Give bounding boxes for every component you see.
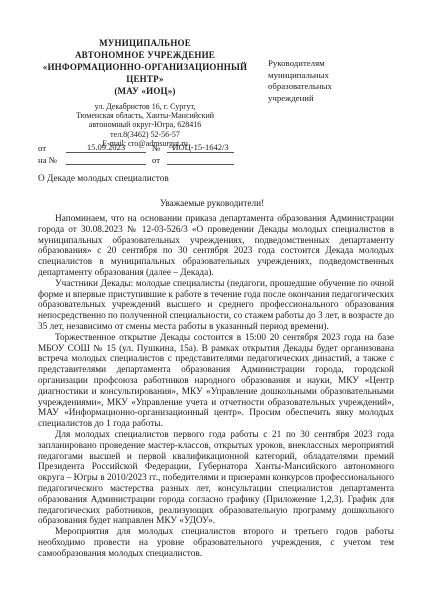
body-paragraph: Мероприятия для молодых специалистов вто… — [38, 527, 394, 559]
ref-on-number-value — [66, 154, 146, 165]
addressee-line: муниципальных — [268, 70, 398, 82]
org-phone-line: тел.8(3462) 52-56-57 — [28, 130, 262, 139]
org-address-line: ул. Декабристов 16, г. Сургут, — [28, 102, 262, 111]
org-address-line: Тюменская область, Ханты-Мансийский — [28, 111, 262, 120]
addressee-line: учреждений — [268, 93, 398, 105]
body-paragraph: Для молодых специалистов первого года ра… — [38, 430, 394, 527]
subject-line: О Декаде молодых специалистов — [38, 174, 169, 184]
addressee-line: Руководителям — [268, 58, 398, 70]
body-paragraph: Напоминаем, что на основании приказа деп… — [38, 214, 394, 279]
org-name-line: ЦЕНТР» — [28, 73, 262, 85]
addressee-line: образовательных — [268, 81, 398, 93]
letter-body: Напоминаем, что на основании приказа деп… — [38, 214, 394, 560]
salutation: Уважаемые руководители! — [0, 199, 424, 209]
org-name-line: «ИНФОРМАЦИОННО-ОРГАНИЗАЦИОННЫЙ — [28, 61, 262, 73]
ref-date-value: 15.09.2023 — [66, 142, 146, 153]
org-name: МУНИЦИПАЛЬНОЕ АВТОНОМНОЕ УЧРЕЖДЕНИЕ «ИНФ… — [28, 37, 262, 97]
ref-on-from-label: от — [152, 155, 167, 165]
ref-number-value: ИОЦ-15-1642/3 — [167, 142, 234, 153]
org-name-line: МУНИЦИПАЛЬНОЕ — [28, 37, 262, 49]
reference-row-reply: на № от — [38, 154, 234, 165]
addressee-block: Руководителям муниципальных образователь… — [268, 58, 398, 104]
ref-on-number-label: на № — [38, 155, 66, 165]
reference-row-date: от 15.09.2023 № ИОЦ-15-1642/3 — [38, 142, 234, 153]
body-paragraph: Торжественное открытие Декады состоится … — [38, 333, 394, 430]
document-page: МУНИЦИПАЛЬНОЕ АВТОНОМНОЕ УЧРЕЖДЕНИЕ «ИНФ… — [0, 0, 424, 600]
reference-block: от 15.09.2023 № ИОЦ-15-1642/3 на № от — [38, 142, 234, 166]
body-paragraph: Участники Декады: молодые специалисты (п… — [38, 279, 394, 333]
ref-number-label: № — [152, 143, 167, 153]
org-address-line: автономный округ-Югра, 628416 — [28, 120, 262, 129]
letterhead: МУНИЦИПАЛЬНОЕ АВТОНОМНОЕ УЧРЕЖДЕНИЕ «ИНФ… — [28, 37, 262, 148]
ref-on-from-value — [167, 154, 234, 165]
org-name-line: (МАУ «ИОЦ») — [28, 85, 262, 97]
org-name-line: АВТОНОМНОЕ УЧРЕЖДЕНИЕ — [28, 49, 262, 61]
ref-from-label: от — [38, 143, 66, 153]
